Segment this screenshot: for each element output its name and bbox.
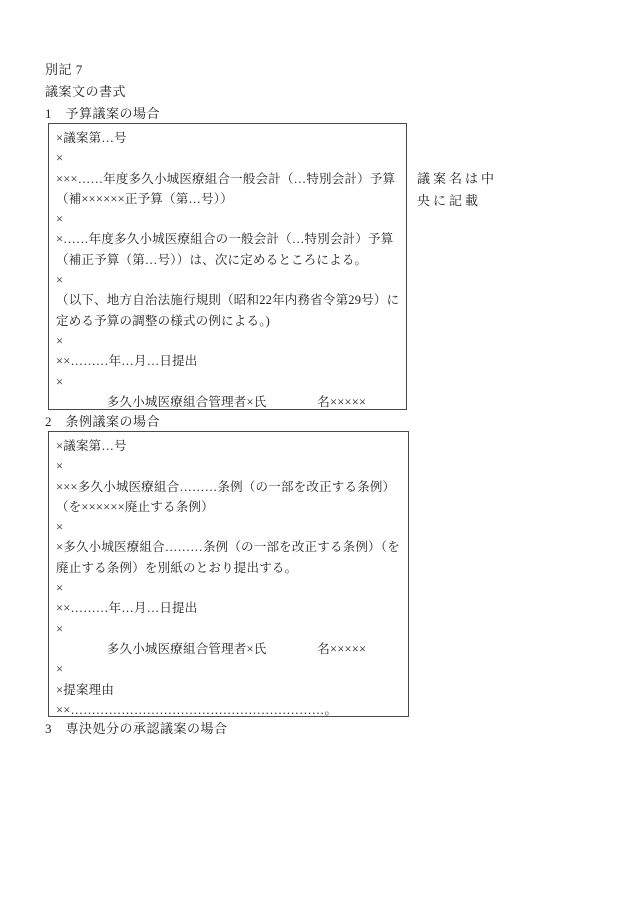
format-text-line: （補××××××正予算（第…号）） [56,189,406,209]
format-text-line: × [56,372,406,392]
format-text-line: ×多久小城医療組合………条例（の一部を改正する条例）（を [56,537,408,557]
format-text-line: ××……………………………………………………。 [56,700,408,717]
format-text-line: ×提案理由 [56,680,408,700]
format-text-line: × [56,456,408,476]
format-text-line: 廃止する条例）を別紙のとおり提出する。 [56,558,408,578]
section-2-heading: 2 条例議案の場合 [45,414,160,429]
format-text-line: （補正予算（第…号））は、次に定めるところによる。 [56,250,406,270]
ordinance-bill-format-box: ×議案第…号 × ×××多久小城医療組合………条例（の一部を改正する条例） （を… [48,431,409,717]
page-tag: 別記 7 [45,62,83,77]
section-1-heading: 1 予算議案の場合 [45,106,160,121]
format-text-line: × [56,659,408,679]
format-text-line: × [56,331,406,351]
margin-note-line: 央に記載 [417,190,497,212]
format-text-line: × [56,619,408,639]
budget-bill-format-box: ×議案第…号 × ×××……年度多久小城医療組合一般会計（…特別会計）予算 （補… [48,123,407,410]
format-text-line: × [56,578,408,598]
margin-note: 議案名は中 央に記載 [417,168,497,211]
format-text-line: ×××多久小城医療組合………条例（の一部を改正する条例） [56,477,408,497]
format-text-line: ×議案第…号 [56,128,406,148]
format-text-line: × [56,270,406,290]
margin-note-line: 議案名は中 [417,168,497,190]
signature-line: 多久小城医療組合管理者×氏 名××××× [56,639,408,659]
format-text-line: （以下、地方自治法施行規則（昭和22年内務省令第29号）に [56,290,406,310]
format-text-line: ×××……年度多久小城医療組合一般会計（…特別会計）予算 [56,169,406,189]
format-text-line: 定める予算の調整の様式の例による。) [56,311,406,331]
document-page: 別記 7 議案文の書式 1 予算議案の場合 ×議案第…号 × ×××……年度多久… [0,0,630,903]
format-text-line: ××………年…月…日提出 [56,598,408,618]
format-text-line: × [56,517,408,537]
format-text-line: × [56,209,406,229]
document-title: 議案文の書式 [45,84,126,99]
signature-line: 多久小城医療組合管理者×氏 名××××× [56,392,406,410]
format-text-line: ××………年…月…日提出 [56,351,406,371]
format-text-line: × [56,148,406,168]
section-3-heading: 3 専決処分の承認議案の場合 [45,721,228,736]
format-text-line: （を××××××廃止する条例） [56,497,408,517]
format-text-line: ×議案第…号 [56,436,408,456]
format-text-line: ×……年度多久小城医療組合の一般会計（…特別会計）予算 [56,229,406,249]
